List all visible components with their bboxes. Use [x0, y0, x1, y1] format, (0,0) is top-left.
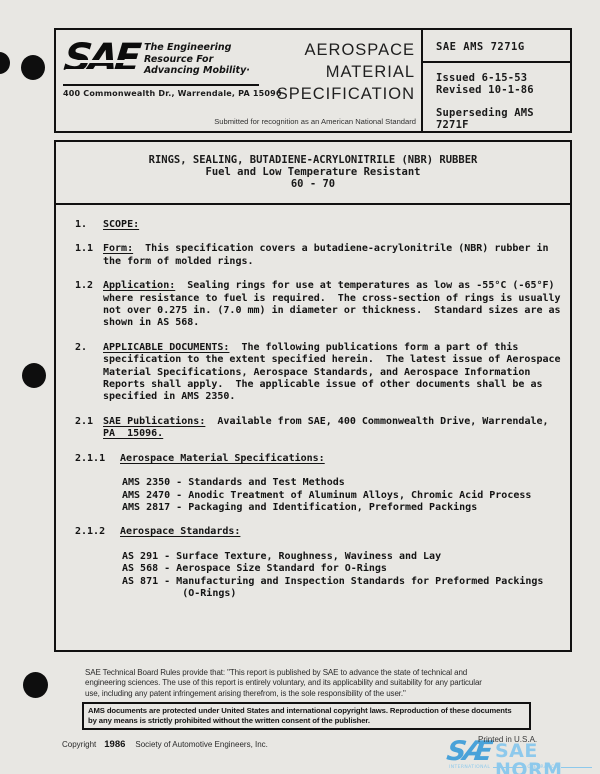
section-2-1-1-ams-heading: 2.1.1 Aerospace Material Specifications: [75, 453, 566, 465]
printed-in-usa-note: Printed in U.S.A. [478, 735, 537, 744]
doc-title-line2: Fuel and Low Temperature Resistant [56, 166, 570, 178]
section-number: 1.2 [75, 280, 103, 330]
content-box: RINGS, SEALING, BUTADIENE-ACRYLONITRILE … [54, 140, 572, 652]
watermark-subtext: INTERNATIONAL CLEARANCE [449, 765, 595, 770]
section-2-1-2-as-heading: 2.1.2 Aerospace Standards: [75, 526, 566, 538]
sae-logo-stripe [64, 69, 142, 72]
section-heading: Application: [103, 280, 175, 291]
hole-punch-mark [21, 55, 45, 80]
technical-board-rules-note: SAE Technical Board Rules provide that: … [85, 668, 555, 699]
copyright-line: Copyright1986Society of Automotive Engin… [62, 739, 268, 750]
copyright-year: 1986 [104, 739, 125, 750]
section-number: 2.1.1 [75, 453, 120, 465]
scanned-spec-page: { "header": { "logo_text": "SAE", "tagli… [0, 0, 600, 774]
watermark-subtext-left: INTERNATIONAL [449, 765, 490, 770]
sae-logo: SAE [62, 38, 140, 80]
logo-divider-rule [63, 84, 259, 86]
section-2-applicable-documents: 2. APPLICABLE DOCUMENTS: The following p… [75, 342, 566, 404]
section-number: 1.1 [75, 243, 103, 268]
section-number: 1. [75, 219, 103, 231]
copyright-label: Copyright [62, 740, 96, 749]
copyright-protection-box: AMS documents are protected under United… [82, 702, 531, 730]
section-text: This specification covers a butadiene-ac… [103, 243, 549, 266]
document-body: 1. SCOPE: 1.1 Form: This specification c… [56, 205, 570, 600]
superseding-note: Superseding AMS 7271F [436, 107, 570, 131]
copyright-owner: Society of Automotive Engineers, Inc. [135, 740, 268, 749]
section-1-2-application: 1.2 Application: Sealing rings for use a… [75, 280, 566, 330]
header-box: SAE The Engineering Resource For Advanci… [54, 28, 572, 133]
doc-title-line3: 60 - 70 [56, 178, 570, 190]
submitted-note: Submitted for recognition as an American… [214, 117, 416, 126]
section-2-1-sae-publications: 2.1 SAE Publications: Available from SAE… [75, 416, 566, 441]
section-heading: Form: [103, 243, 133, 254]
section-number: 2.1 [75, 416, 103, 441]
sae-address: 400 Commonwealth Dr., Warrendale, PA 150… [63, 89, 282, 98]
sae-logo-text: SAE [62, 36, 140, 81]
issued-revised-dates: Issued 6-15-53 Revised 10-1-86 [436, 72, 570, 96]
watermark-rule [493, 767, 524, 770]
revision-block: Issued 6-15-53 Revised 10-1-86 Supersedi… [423, 63, 570, 131]
section-heading: Aerospace Material Specifications: [120, 453, 325, 464]
document-type-title: AEROSPACE MATERIAL SPECIFICATION [277, 39, 415, 105]
ams-document-list: AMS 2350 - Standards and Test Methods AM… [122, 477, 566, 514]
spec-id: SAE AMS 7271G [423, 30, 570, 63]
section-number: 2. [75, 342, 103, 404]
watermark-rule [561, 767, 592, 770]
title-block: RINGS, SEALING, BUTADIENE-ACRYLONITRILE … [56, 142, 570, 205]
header-right-panel: SAE AMS 7271G Issued 6-15-53 Revised 10-… [423, 30, 570, 131]
doc-title-line1: RINGS, SEALING, BUTADIENE-ACRYLONITRILE … [56, 154, 570, 166]
sae-logo-stripe [65, 60, 143, 63]
section-1-scope: 1. SCOPE: [75, 219, 566, 231]
section-heading: APPLICABLE DOCUMENTS: [103, 342, 229, 353]
section-heading: SAE Publications: [103, 416, 205, 427]
sae-logo-tagline: The Engineering Resource For Advancing M… [144, 42, 250, 77]
section-heading: Aerospace Standards: [120, 526, 240, 537]
section-text: Available from SAE, 400 Commonwealth Dri… [205, 416, 548, 427]
hole-punch-mark-edge [0, 52, 10, 74]
hole-punch-mark [23, 672, 48, 698]
section-number: 2.1.2 [75, 526, 120, 538]
watermark-subtext-right: CLEARANCE [527, 765, 558, 770]
hole-punch-mark [22, 363, 46, 388]
section-heading: SCOPE: [103, 219, 139, 230]
section-text-underlined: PA 15096. [103, 428, 163, 439]
as-document-list: AS 291 - Surface Texture, Roughness, Wav… [122, 551, 566, 601]
header-left-panel: SAE The Engineering Resource For Advanci… [56, 30, 423, 131]
section-1-1-form: 1.1 Form: This specification covers a bu… [75, 243, 566, 268]
